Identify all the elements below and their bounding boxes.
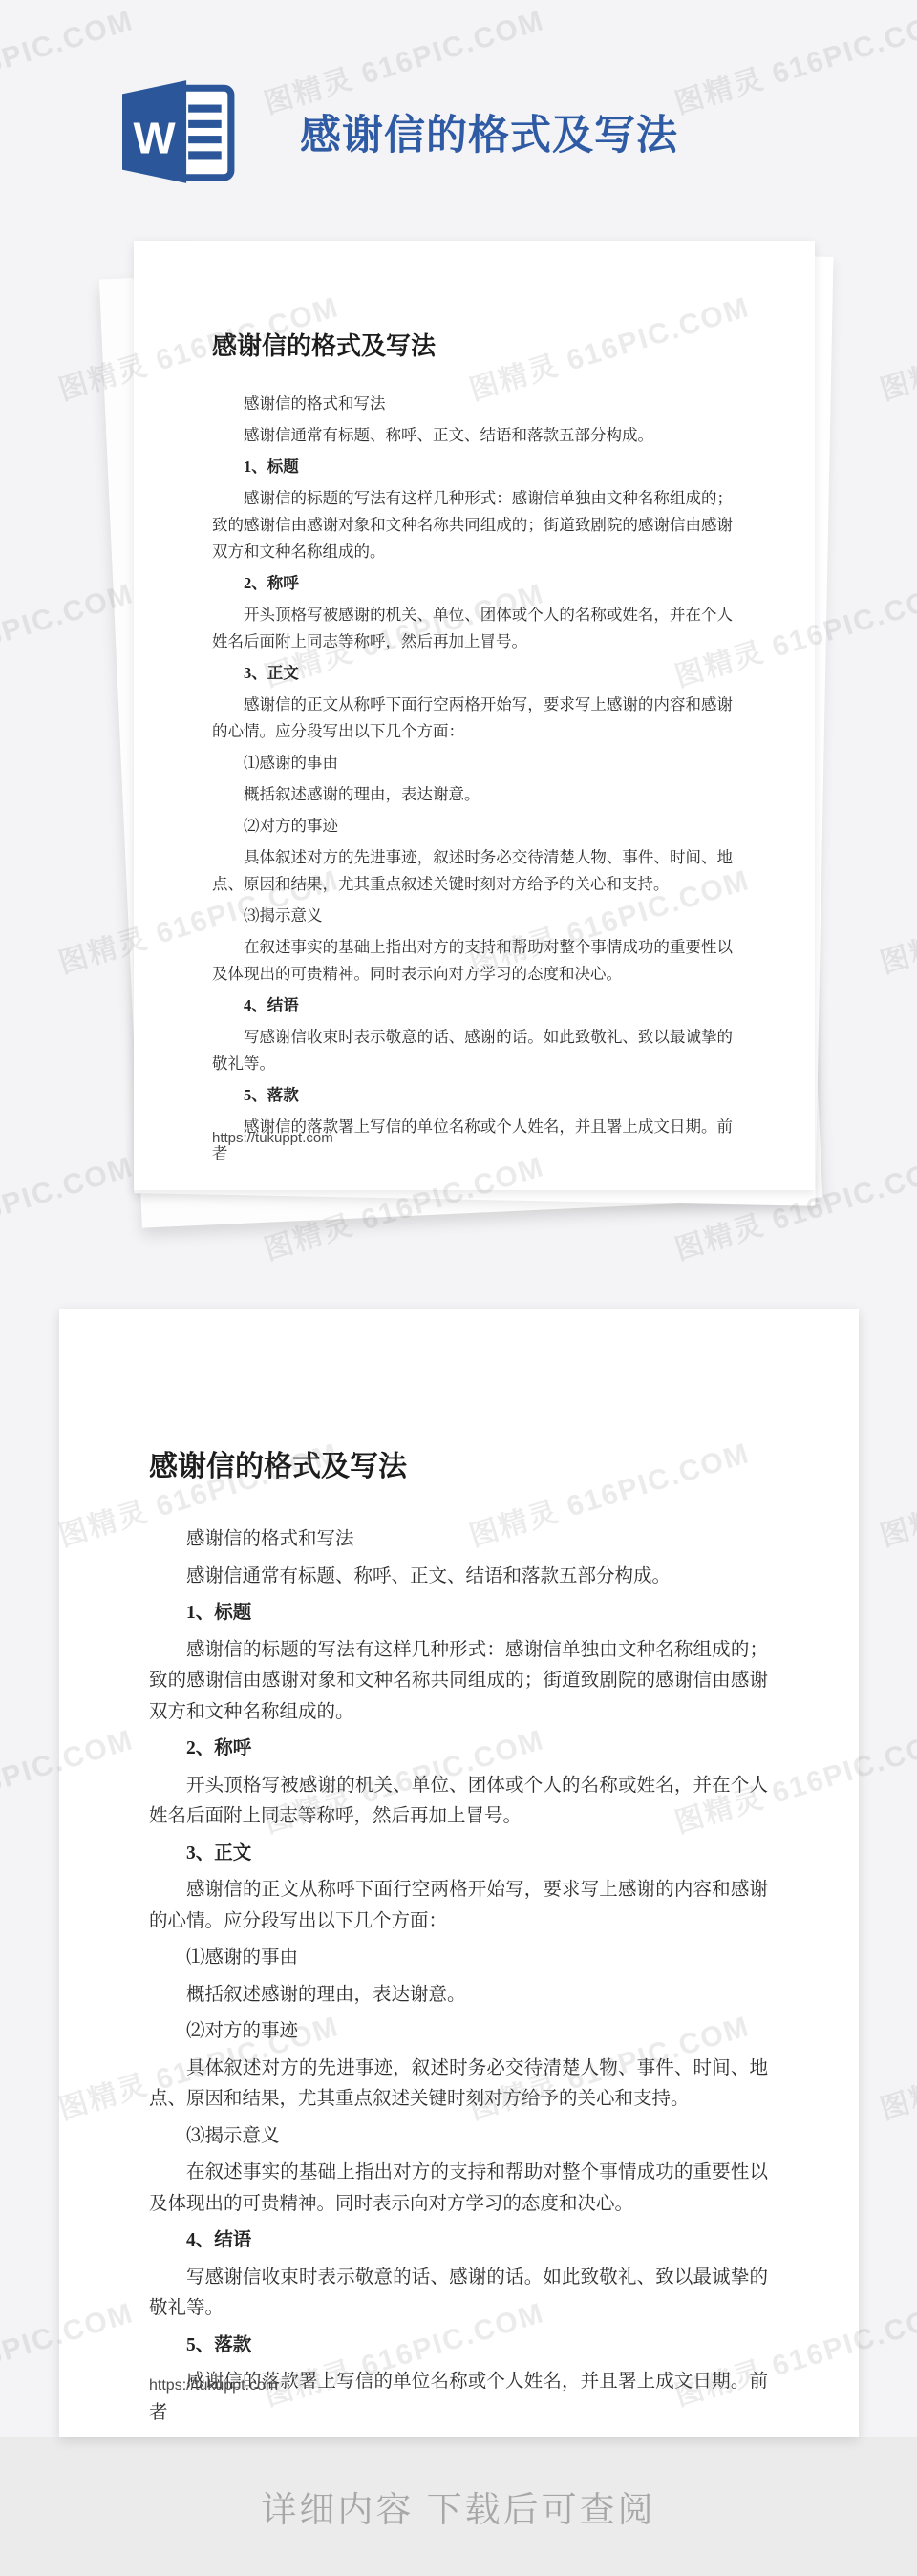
doc-paragraph: 开头顶格写被感谢的机关、单位、团体或个人的名称或姓名，并在个人姓名后面附上同志等… [212,602,733,655]
doc-paragraph: ⑴感谢的事由 [149,1943,768,1974]
doc-paragraph: 在叙述事实的基础上指出对方的支持和帮助对整个事情成功的重要性以及体现出的可贵精神… [149,2158,768,2220]
doc-paragraph: 具体叙述对方的先进事迹，叙述时务必交待清楚人物、事件、时间、地点、原因和结果，尤… [212,844,733,898]
watermark-text: 图精灵 616PIC.COM [874,856,917,981]
doc-paragraph: 感谢信的格式和写法 [149,1524,768,1556]
doc-paragraph: 概括叙述感谢的理由，表达谢意。 [212,781,733,808]
watermark-text: 图精灵 616PIC.COM [669,0,917,122]
doc-paragraph: 5、落款 [212,1082,733,1109]
bottom-note: 详细内容 下载后可查阅 [261,2480,655,2532]
doc-paragraph: 感谢信的落款署上写信的单位名称或个人姓名，并且署上成文日期。前者 [149,2367,768,2429]
doc-title: 感谢信的格式及写法 [149,1442,768,1484]
watermark-text: 图精灵 616PIC.COM [874,1429,917,1554]
watermark-text: 图精灵 616PIC.COM [874,283,917,408]
watermark-text: 图精灵 616PIC.COM [0,0,139,122]
doc-preview-stack[interactable]: 感谢信的格式及写法 感谢信的格式和写法感谢信通常有标题、称呼、正文、结语和落款五… [134,241,815,1190]
doc-paragraph: 概括叙述感谢的理由，表达谢意。 [149,1980,768,2012]
doc-paragraph: 1、标题 [212,454,733,480]
bottom-band: 详细内容 下载后可查阅 [0,2437,917,2576]
header: W 感谢信的格式及写法 [122,78,678,185]
doc-paragraph: 感谢信的标题的写法有这样几种形式：感谢信单独由文种名称组成的；致的感谢信由感谢对… [149,1635,768,1729]
doc-paragraph: 4、结语 [149,2225,768,2257]
doc-paragraph: 5、落款 [149,2331,768,2362]
doc-paragraph: ⑴感谢的事由 [212,750,733,777]
watermark-text: 图精灵 616PIC.COM [874,2002,917,2127]
doc-paragraph: 感谢信的正文从称呼下面行空两格开始写，要求写上感谢的内容和感谢的心情。应分段写出… [149,1875,768,1937]
doc-paragraph: ⑶揭示意义 [149,2121,768,2153]
doc-paragraph: 3、正文 [212,660,733,687]
watermark-text: 图精灵 616PIC.COM [0,1142,139,1267]
word-icon-letter: W [133,113,176,162]
doc-body: 感谢信的格式和写法感谢信通常有标题、称呼、正文、结语和落款五部分构成。1、标题感… [212,391,733,1167]
doc-paragraph: 3、正文 [149,1839,768,1870]
doc-paragraph: 1、标题 [149,1598,768,1629]
doc-paragraph: 写感谢信收束时表示敬意的话、感谢的话。如此致敬礼、致以最诚挚的敬礼等。 [212,1024,733,1077]
doc-footer-link: https://tukuppt.com [212,1130,333,1146]
doc-paragraph: 感谢信通常有标题、称呼、正文、结语和落款五部分构成。 [212,422,733,449]
doc-paragraph: 2、称呼 [149,1734,768,1765]
doc-page-large: 感谢信的格式及写法 感谢信的格式和写法感谢信通常有标题、称呼、正文、结语和落款五… [59,1309,859,2437]
doc-paragraph: 感谢信通常有标题、称呼、正文、结语和落款五部分构成。 [149,1562,768,1593]
doc-paragraph: ⑵对方的事迹 [212,813,733,840]
doc-body: 感谢信的格式和写法感谢信通常有标题、称呼、正文、结语和落款五部分构成。1、标题感… [149,1524,768,2429]
doc-paragraph: 在叙述事实的基础上指出对方的支持和帮助对整个事情成功的重要性以及体现出的可贵精神… [212,934,733,988]
doc-paragraph: 写感谢信收束时表示敬意的话、感谢的话。如此致敬礼、致以最诚挚的敬礼等。 [149,2263,768,2325]
doc-page-small: 感谢信的格式及写法 感谢信的格式和写法感谢信通常有标题、称呼、正文、结语和落款五… [134,241,815,1190]
doc-paragraph: 4、结语 [212,992,733,1019]
doc-paragraph: 感谢信的正文从称呼下面行空两格开始写，要求写上感谢的内容和感谢的心情。应分段写出… [212,692,733,745]
doc-footer-link: https://tukuppt.com [149,2377,278,2395]
doc-paragraph: ⑶揭示意义 [212,903,733,929]
doc-paragraph: 感谢信的格式和写法 [212,391,733,417]
word-file-icon: W [122,78,239,185]
doc-paragraph: ⑵对方的事迹 [149,2016,768,2048]
doc-title: 感谢信的格式及写法 [212,327,733,362]
page-title: 感谢信的格式及写法 [300,103,678,161]
doc-paragraph: 具体叙述对方的先进事迹，叙述时务必交待清楚人物、事件、时间、地点、原因和结果，尤… [149,2054,768,2116]
doc-paragraph: 感谢信的标题的写法有这样几种形式：感谢信单独由文种名称组成的；致的感谢信由感谢对… [212,485,733,565]
doc-paragraph: 开头顶格写被感谢的机关、单位、团体或个人的名称或姓名，并在个人姓名后面附上同志等… [149,1771,768,1833]
doc-preview-large[interactable]: 感谢信的格式及写法 感谢信的格式和写法感谢信通常有标题、称呼、正文、结语和落款五… [59,1309,859,2437]
doc-paragraph: 2、称呼 [212,570,733,597]
